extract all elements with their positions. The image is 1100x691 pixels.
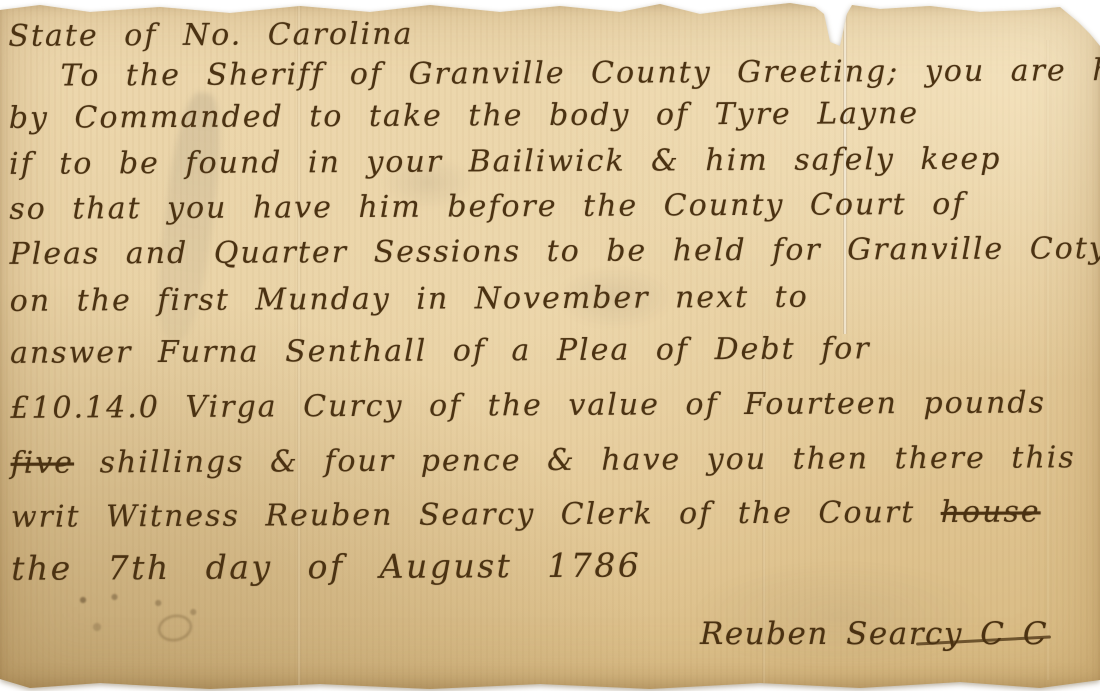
line-text: on the first Munday in November next to: [10, 280, 809, 319]
manuscript-line: the 7th day of August 1786: [11, 543, 1095, 588]
manuscript-line: Pleas and Quarter Sessions to be held fo…: [9, 231, 1093, 272]
manuscript-line: if to be found in your Bailiwick & him s…: [9, 141, 1093, 182]
manuscript-line: on the first Munday in November next to: [10, 278, 1094, 319]
manuscript-line: State of No. Carolina: [8, 13, 1092, 54]
line-text: Pleas and Quarter Sessions to be held fo…: [9, 231, 1100, 272]
struck-word: house: [941, 494, 1041, 530]
paper-shadow-wrap: State of No. CarolinaTo the Sheriff of G…: [0, 0, 1100, 691]
scanned-document-photo: State of No. CarolinaTo the Sheriff of G…: [0, 0, 1100, 691]
manuscript-line: so that you have him before the County C…: [9, 186, 1093, 227]
struck-word: five: [11, 445, 75, 480]
line-text: answer Furna Senthall of a Plea of Debt …: [10, 331, 871, 371]
line-text: £10.14.0 Virga Curcy of the value of Fou…: [10, 385, 1046, 425]
line-text: State of No. Carolina: [8, 17, 413, 54]
manuscript-line: by Commanded to take the body of Tyre La…: [9, 95, 1093, 136]
manuscript-line: writ Witness Reuben Searcy Clerk of the …: [11, 494, 1095, 535]
line-text: if to be found in your Bailiwick & him s…: [9, 142, 1002, 182]
signature: Reuben Searcy C C: [700, 616, 1048, 652]
line-text: To the Sheriff of Granville County Greet…: [60, 53, 1100, 94]
line-text: shillings & four pence & have you then t…: [74, 440, 1076, 480]
line-text: the 7th day of August 1786: [11, 546, 641, 588]
manuscript-line: To the Sheriff of Granville County Greet…: [8, 53, 1092, 94]
line-text: so that you have him before the County C…: [9, 187, 965, 227]
line-text: by Commanded to take the body of Tyre La…: [9, 96, 919, 136]
manuscript-line: answer Furna Senthall of a Plea of Debt …: [10, 330, 1094, 371]
manuscript-lines: State of No. CarolinaTo the Sheriff of G…: [0, 0, 1100, 691]
manuscript-paper: State of No. CarolinaTo the Sheriff of G…: [0, 0, 1100, 691]
line-text: writ Witness Reuben Searcy Clerk of the …: [11, 495, 941, 535]
manuscript-line: £10.14.0 Virga Curcy of the value of Fou…: [10, 385, 1094, 426]
manuscript-line: five shillings & four pence & have you t…: [11, 440, 1095, 481]
